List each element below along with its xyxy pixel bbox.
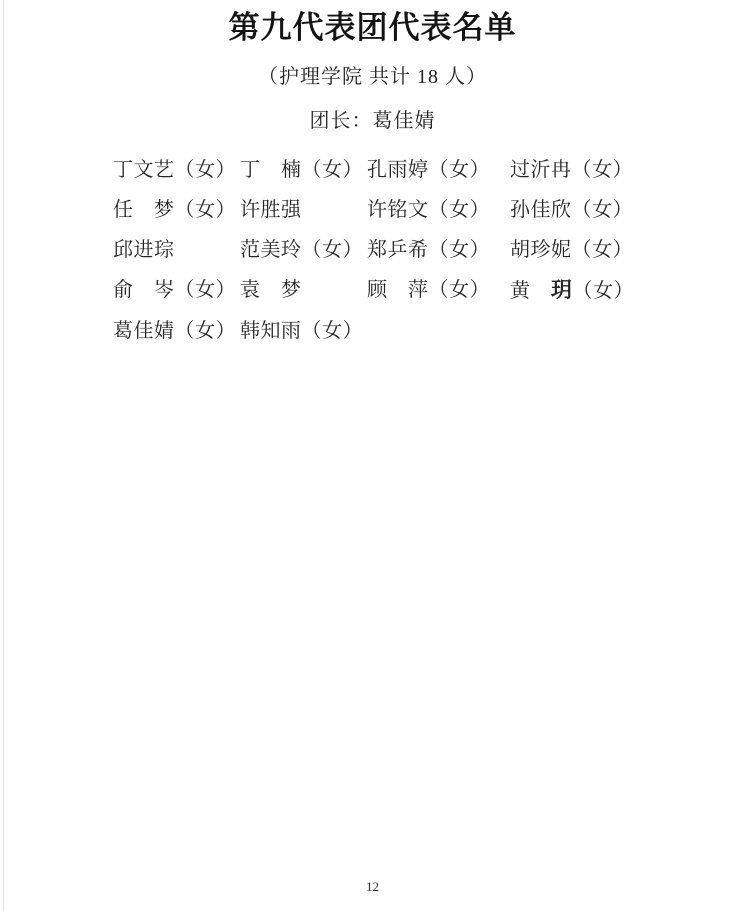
roster-name: 韩知雨（女） bbox=[240, 311, 367, 351]
roster-row: 葛佳婧（女） 韩知雨（女） bbox=[113, 311, 705, 351]
roster-name: 许胜强 bbox=[240, 190, 367, 230]
roster-name: 丁文艺（女） bbox=[113, 150, 240, 190]
roster-name: 孙佳欣（女） bbox=[510, 190, 705, 230]
roster-grid: 丁文艺（女） 丁 楠（女） 孔雨婷（女） 过沂冉（女） 任 梦（女） 许胜强 许… bbox=[0, 150, 745, 351]
roster-name-part: （女） bbox=[573, 280, 635, 302]
roster-row: 邱进琮 范美玲（女） 郑乒希（女） 胡珍妮（女） bbox=[113, 230, 705, 270]
roster-name: 葛佳婧（女） bbox=[113, 311, 240, 351]
roster-name: 郑乒希（女） bbox=[367, 230, 510, 270]
roster-name: 丁 楠（女） bbox=[240, 150, 367, 190]
leader-name: 葛佳婧 bbox=[373, 110, 436, 132]
page-number: 12 bbox=[0, 879, 745, 895]
roster-name: 孔雨婷（女） bbox=[367, 150, 510, 190]
roster-name: 胡珍妮（女） bbox=[510, 230, 705, 270]
roster-name: 邱进琮 bbox=[113, 230, 240, 270]
leader-line: 团长：葛佳婧 bbox=[0, 110, 745, 132]
subtitle: （护理学院 共计 18 人） bbox=[0, 66, 745, 88]
roster-name: 范美玲（女） bbox=[240, 230, 367, 270]
roster-name: 俞 岑（女） bbox=[113, 270, 240, 311]
scan-edge-line bbox=[3, 0, 4, 911]
page-title: 第九代表团代表名单 bbox=[0, 12, 745, 44]
roster-row: 任 梦（女） 许胜强 许铭文（女） 孙佳欣（女） bbox=[113, 190, 705, 230]
leader-label: 团长： bbox=[310, 110, 373, 132]
roster-name: 任 梦（女） bbox=[113, 190, 240, 230]
roster-name-fallback-glyph: 玥 bbox=[551, 278, 573, 302]
roster-row: 俞 岑（女） 袁 梦 顾 萍（女） 黄 玥（女） bbox=[113, 270, 705, 311]
roster-name: 过沂冉（女） bbox=[510, 150, 705, 190]
roster-name-part: 黄 bbox=[510, 280, 551, 302]
roster-name: 许铭文（女） bbox=[367, 190, 510, 230]
roster-name: 黄 玥（女） bbox=[510, 270, 705, 311]
roster-name: 袁 梦 bbox=[240, 270, 367, 311]
roster-name: 顾 萍（女） bbox=[367, 270, 510, 311]
document-page: 第九代表团代表名单 （护理学院 共计 18 人） 团长：葛佳婧 丁文艺（女） 丁… bbox=[0, 0, 745, 911]
roster-row: 丁文艺（女） 丁 楠（女） 孔雨婷（女） 过沂冉（女） bbox=[113, 150, 705, 190]
